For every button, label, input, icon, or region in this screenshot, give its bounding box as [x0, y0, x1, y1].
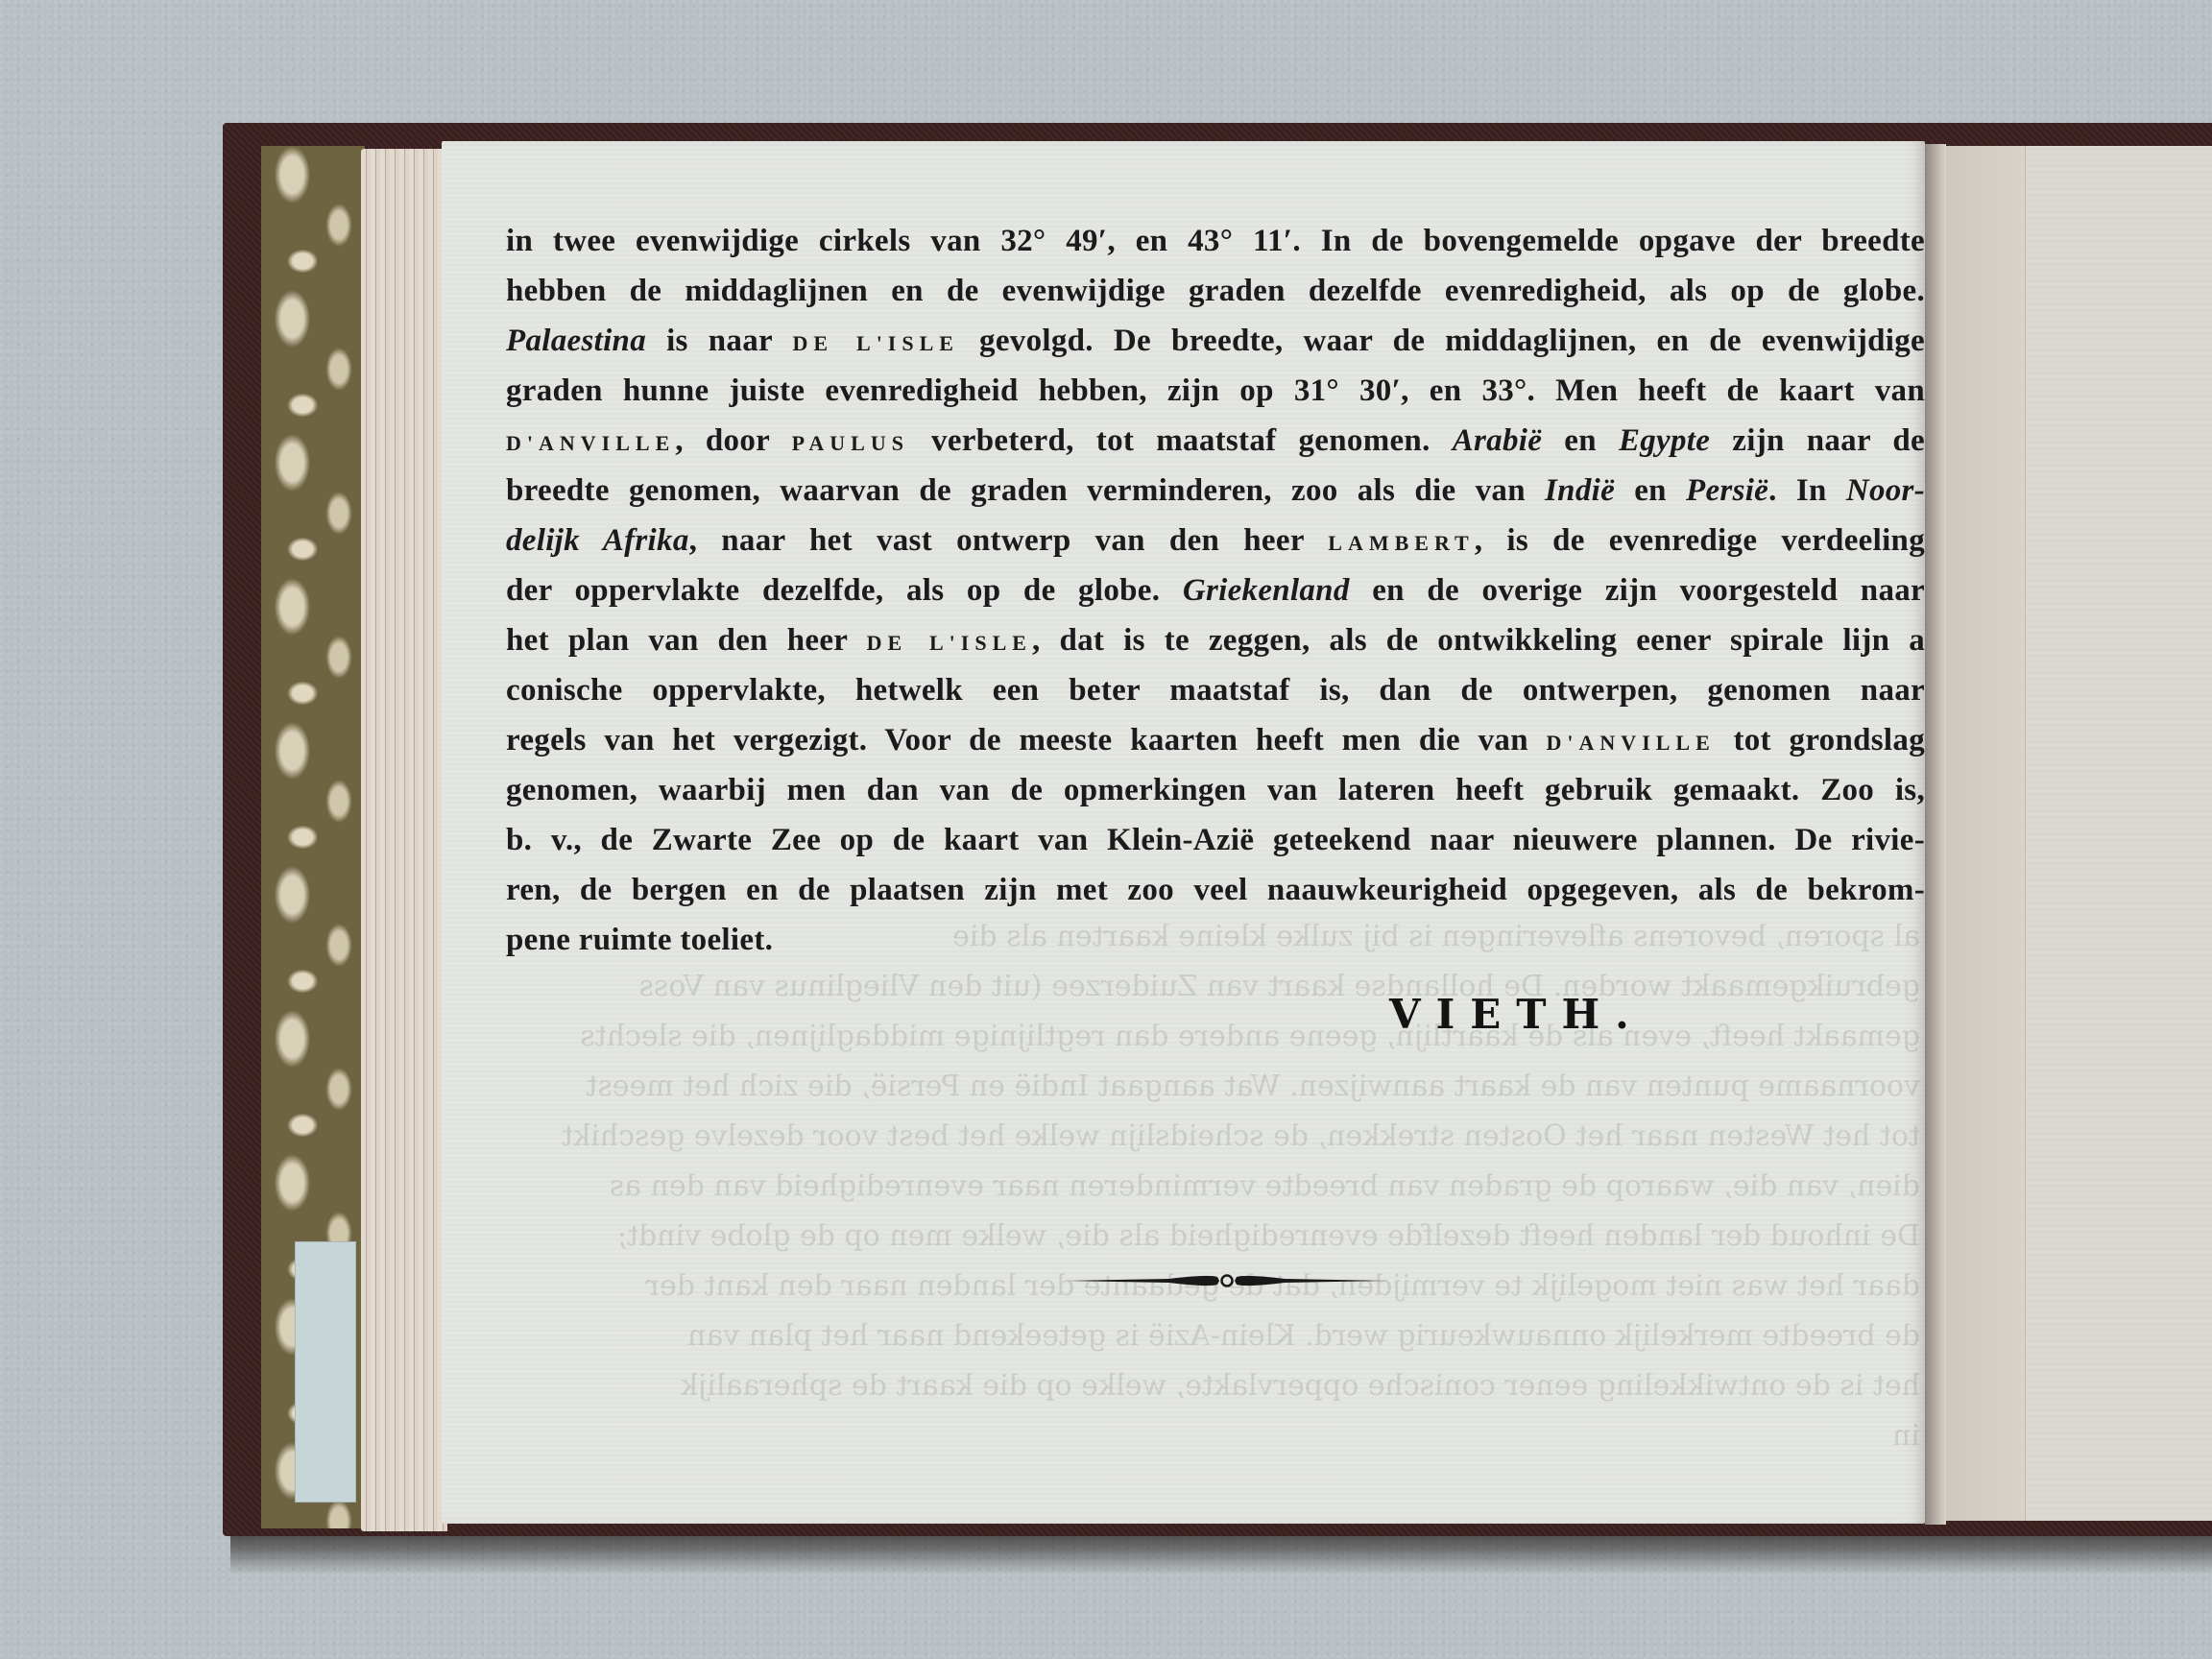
text-line: conische oppervlakte, hetwelk een beter …	[506, 665, 1925, 715]
text-run: gevolgd. De breedte, waar de middaglijne…	[959, 324, 1925, 358]
book-gutter	[1925, 144, 1946, 1525]
small-caps-name: D'ANVILLE	[1547, 731, 1716, 755]
show-through-text: al sporen, bevorens afleveringen is bij …	[480, 912, 1920, 1488]
text-run: genomen, waarbij men dan van de opmerkin…	[506, 773, 1925, 807]
text-run: , dat is te zeggen, als de ontwikkeling …	[1032, 623, 1925, 658]
show-through-line: het is de ontwikkeling eener conische op…	[480, 1361, 1920, 1411]
show-through-line: dien, van die, waarop de graden van bree…	[480, 1162, 1920, 1212]
library-label	[295, 1241, 356, 1503]
italic-term: delijk Afrika	[506, 523, 689, 558]
text-run: in twee evenwijdige cirkels van 32° 49′,…	[506, 224, 1925, 258]
italic-term: Noor-	[1846, 473, 1925, 508]
text-run: en de overige zijn voorgesteld naar	[1350, 573, 1925, 608]
text-run: verbeterd, tot maatstaf genomen.	[909, 423, 1453, 458]
text-run: het plan van den heer	[506, 623, 867, 658]
text-line: pene ruimte toeliet.	[506, 915, 1925, 965]
right-page	[1946, 146, 2212, 1521]
page-fold	[1946, 146, 2026, 1521]
text-line: delijk Afrika, naar het vast ontwerp van…	[506, 516, 1925, 565]
text-run: , door	[675, 423, 791, 458]
text-line: Palaestina is naar DE L'ISLE gevolgd. De…	[506, 316, 1925, 366]
page-edges	[361, 149, 447, 1531]
text-run: regels van het vergezigt. Voor de meeste…	[506, 723, 1547, 757]
text-run: breedte genomen, waarvan de graden vermi…	[506, 473, 1545, 508]
text-run: . In	[1768, 473, 1846, 508]
text-line: b. v., de Zwarte Zee op de kaart van Kle…	[506, 815, 1925, 865]
show-through-line: gemaakt heeft, even als de kaartlijn, ge…	[480, 1012, 1920, 1062]
text-run: ren, de bergen en de plaatsen zijn met z…	[506, 873, 1925, 907]
text-run: is naar	[646, 324, 792, 358]
text-line: regels van het vergezigt. Voor de meeste…	[506, 715, 1925, 765]
text-run: en	[1615, 473, 1686, 508]
text-run: conische oppervlakte, hetwelk een beter …	[506, 673, 1925, 708]
small-caps-name: PAULUS	[792, 431, 909, 455]
body-text: in twee evenwijdige cirkels van 32° 49′,…	[506, 216, 1925, 965]
italic-term: Persië	[1686, 473, 1768, 508]
small-caps-name: D'ANVILLE	[506, 431, 675, 455]
show-through-line: gebruikgemaakt worden. De hollandse kaar…	[480, 962, 1920, 1012]
text-run: hebben de middaglijnen en de evenwijdige…	[506, 274, 1925, 308]
ornament-rule-icon	[1064, 1265, 1390, 1294]
show-through-line: in	[480, 1411, 1920, 1461]
show-through-line: voornaame punten van de kaart aanwijzen.…	[480, 1062, 1920, 1112]
italic-term: Arabië	[1453, 423, 1542, 458]
small-caps-name: LAMBERT	[1328, 531, 1474, 555]
small-caps-name: DE L'ISLE	[792, 331, 959, 355]
text-line: ren, de bergen en de plaatsen zijn met z…	[506, 865, 1925, 915]
italic-term: Palaestina	[506, 324, 646, 358]
text-run: pene ruimte toeliet.	[506, 923, 773, 957]
text-line: hebben de middaglijnen en de evenwijdige…	[506, 266, 1925, 316]
italic-term: Indië	[1545, 473, 1615, 508]
text-run: zijn naar de	[1710, 423, 1925, 458]
text-run: der oppervlakte dezelfde, als op de glob…	[506, 573, 1183, 608]
text-line: in twee evenwijdige cirkels van 32° 49′,…	[506, 216, 1925, 266]
text-line: breedte genomen, waarvan de graden vermi…	[506, 466, 1925, 516]
small-caps-name: DE L'ISLE	[867, 631, 1032, 655]
text-run: , naar het vast ontwerp van den heer	[689, 523, 1329, 558]
text-line: D'ANVILLE, door PAULUS verbeterd, tot ma…	[506, 416, 1925, 466]
italic-term: Griekenland	[1183, 573, 1350, 608]
text-run: en	[1542, 423, 1619, 458]
text-run: , is de evenredige verdeeling	[1475, 523, 1925, 558]
author-signature: VIETH.	[1389, 991, 1645, 1038]
text-run: tot grondslag	[1716, 723, 1925, 757]
show-through-line: tot het Westen naar het Oosten strekken,…	[480, 1112, 1920, 1162]
show-through-line: De inhoud der landen heeft dezelfde even…	[480, 1212, 1920, 1262]
show-through-line: de breedte merkelijk onnauwkeurig werd. …	[480, 1311, 1920, 1361]
text-run: b. v., de Zwarte Zee op de kaart van Kle…	[506, 823, 1925, 857]
italic-term: Egypte	[1619, 423, 1710, 458]
text-line: der oppervlakte dezelfde, als op de glob…	[506, 565, 1925, 615]
text-line: graden hunne juiste evenredigheid hebben…	[506, 366, 1925, 416]
text-line: genomen, waarbij men dan van de opmerkin…	[506, 765, 1925, 815]
text-line: het plan van den heer DE L'ISLE, dat is …	[506, 615, 1925, 665]
text-run: graden hunne juiste evenredigheid hebben…	[506, 373, 1925, 408]
